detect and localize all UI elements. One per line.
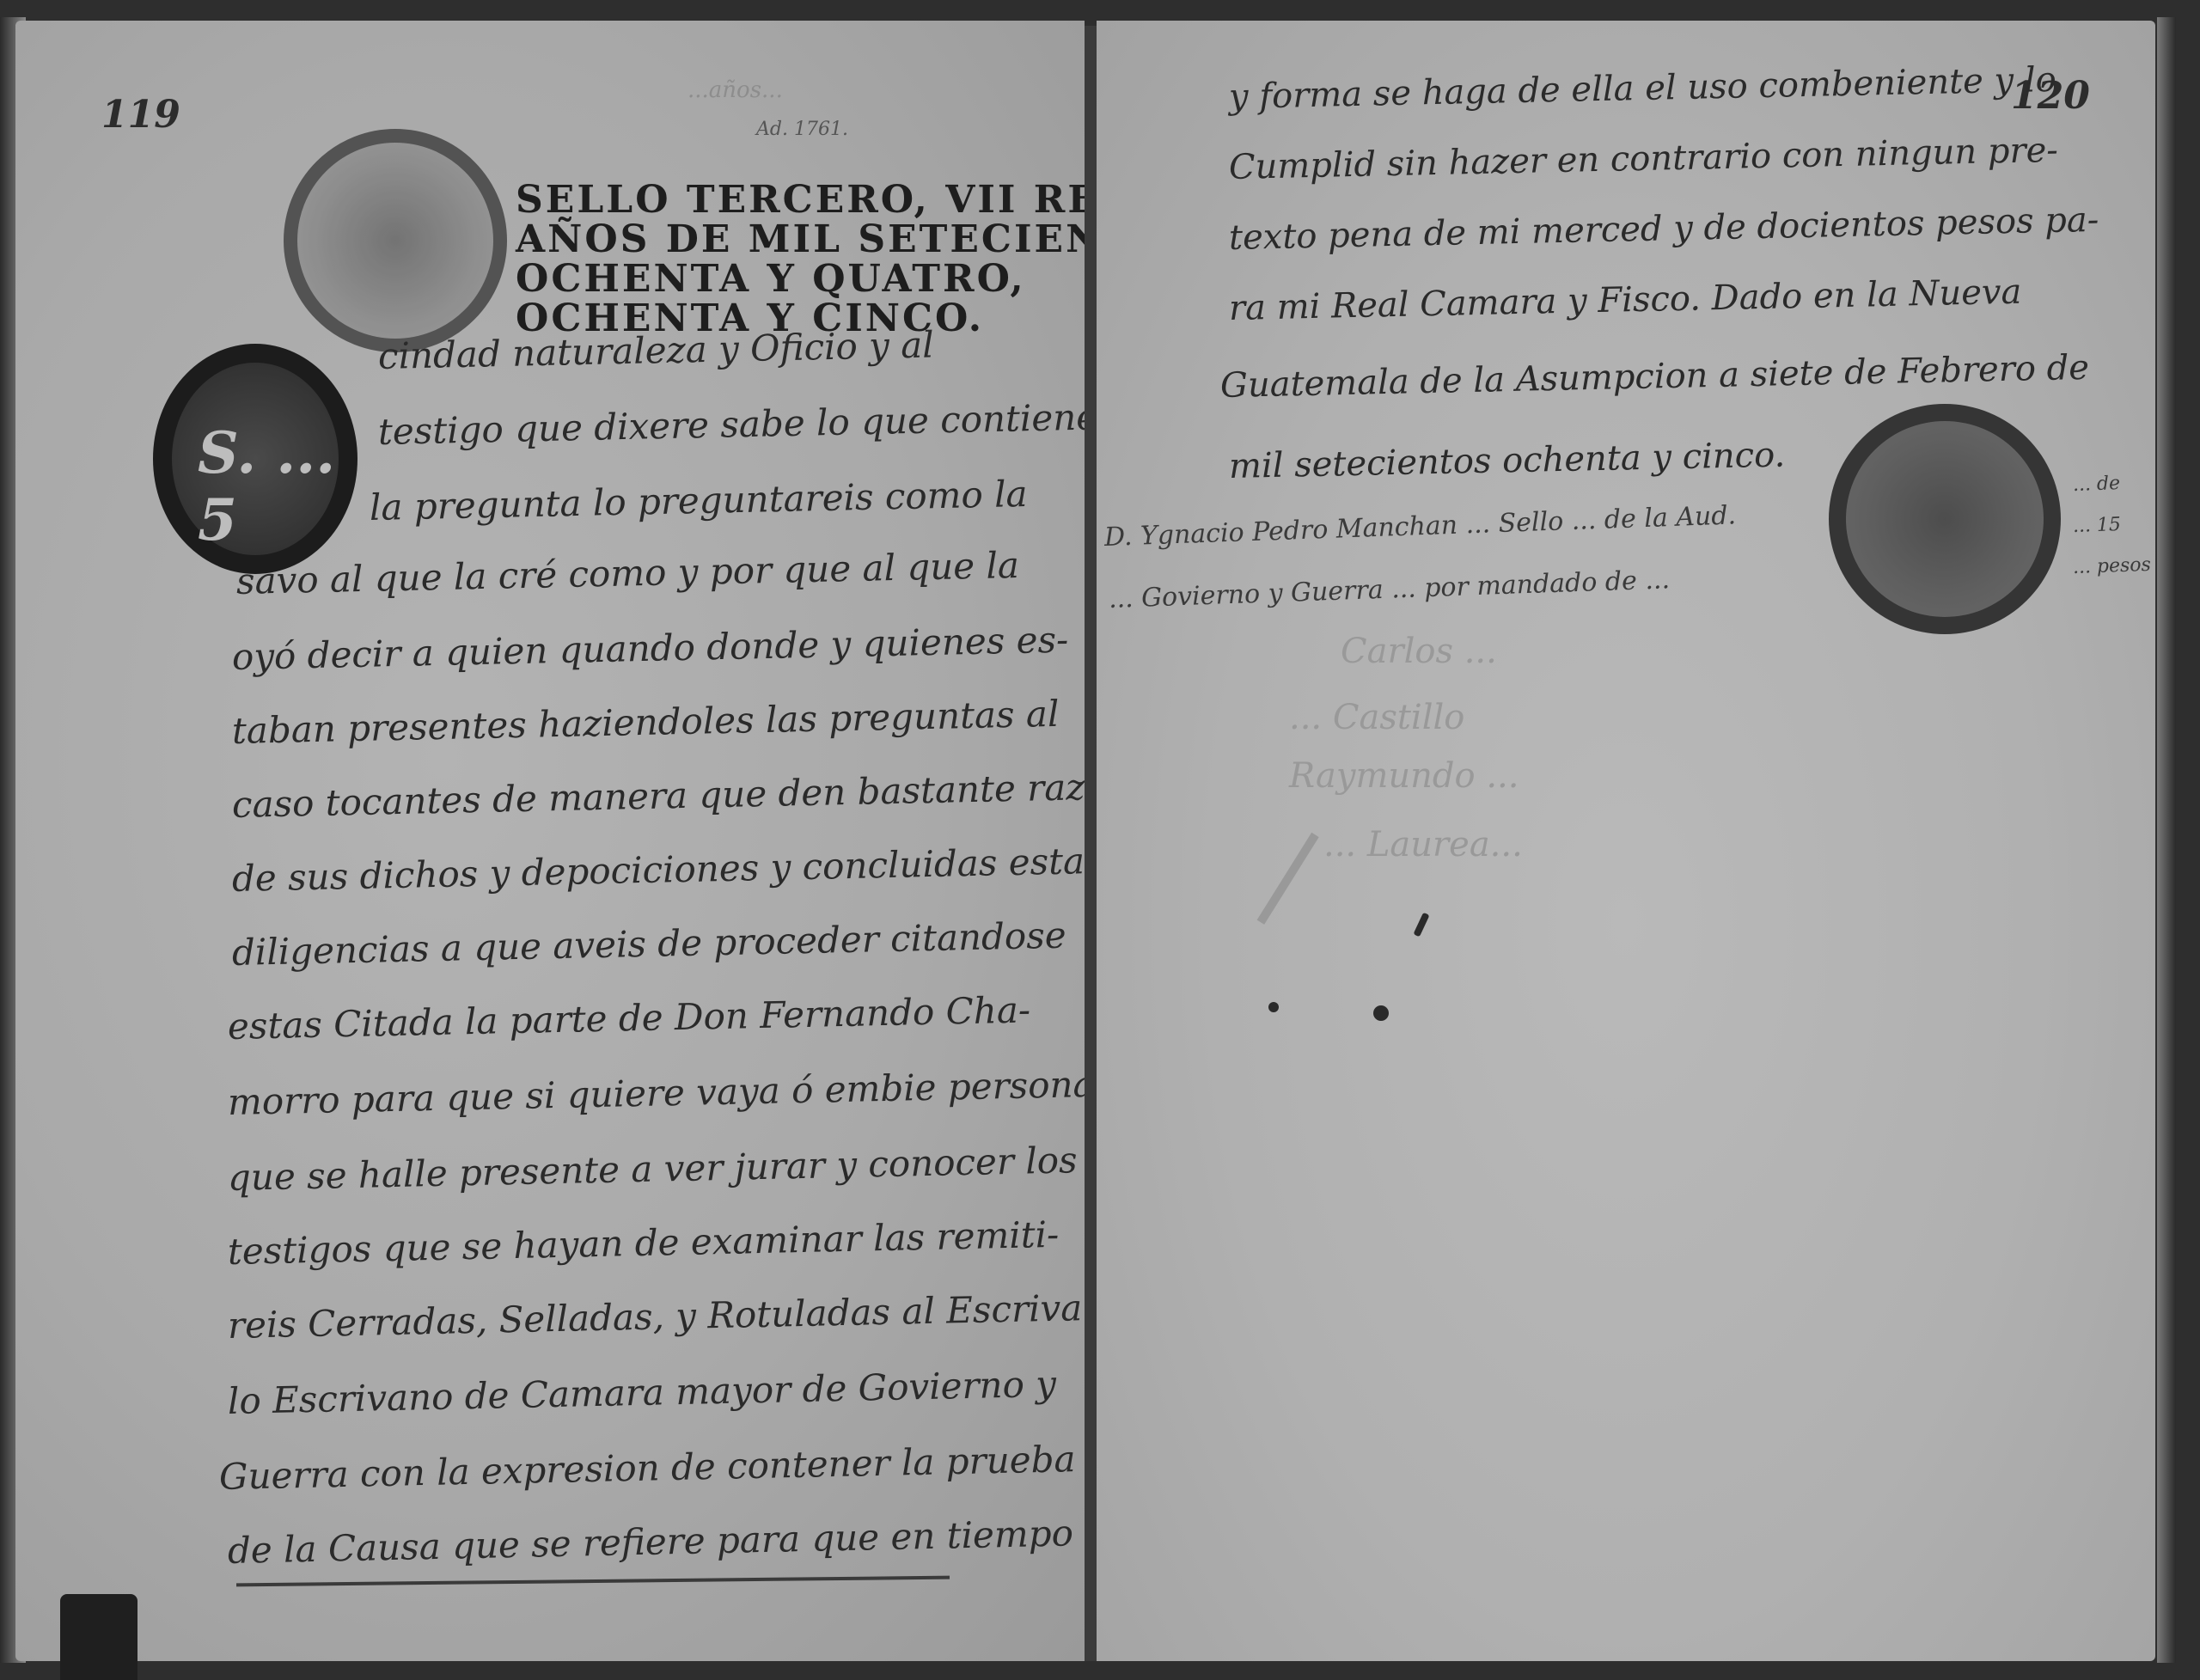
margin-note: ... pesos [2073, 554, 2152, 578]
stamped-paper-header: SELLO TERCERO, VII REA AÑOS DE MIL SETEC… [516, 180, 1169, 339]
margin-note: ... 15 [2073, 514, 2122, 537]
royal-audiencia-seal-icon [1829, 404, 2061, 634]
ink-dot [1373, 1005, 1389, 1021]
folio-number-left: 119 [101, 93, 180, 137]
seal-center-text: S. ... 5 [198, 419, 339, 553]
book-edge-right [2157, 17, 2176, 1663]
ink-blot [60, 1594, 137, 1680]
faded-signature: Carlos ... [1341, 632, 1497, 671]
ink-dot [1268, 1002, 1279, 1012]
faint-top-note: ...años... [687, 77, 783, 103]
royal-arms-stamp-icon [284, 129, 507, 352]
header-line: OCHENTA Y QUATRO, [516, 257, 1026, 301]
right-folio [1097, 21, 2155, 1661]
faded-signature: Raymundo ... [1289, 756, 1519, 796]
habilitado-seal-icon: S. ... 5 [153, 344, 357, 574]
header-line: SELLO TERCERO, VII REA [516, 178, 1131, 222]
binding-gutter [1085, 26, 1097, 1661]
small-top-note: Ad. 1761. [756, 119, 848, 140]
header-line: AÑOS DE MIL SETECIENTO [516, 217, 1169, 261]
margin-note: ... de [2073, 473, 2121, 496]
faded-signature: ... Castillo [1289, 698, 1464, 737]
